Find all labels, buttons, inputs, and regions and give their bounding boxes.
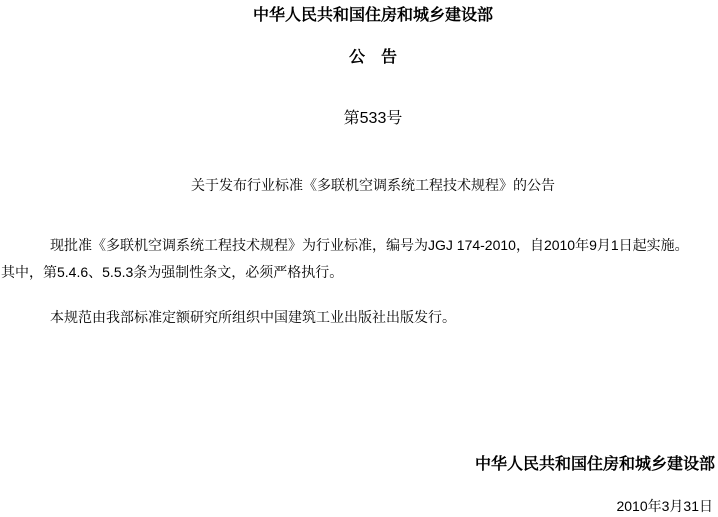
announcement-document-page: 中华人民共和国住房和城乡建设部 公 告 第533号 关于发布行业标准《多联机空调… xyxy=(0,0,718,517)
subject-line: 关于发布行业标准《多联机空调系统工程技术规程》的公告 xyxy=(28,176,718,194)
body-paragraph-approval: 现批准《多联机空调系统工程技术规程》为行业标准，编号为JGJ 174-2010，… xyxy=(1,232,698,286)
body-paragraph-publication: 本规范由我部标准定额研究所组织中国建筑工业出版社出版发行。 xyxy=(1,304,698,331)
issue-date: 2010年3月31日 xyxy=(616,497,713,515)
announcement-heading: 公 告 xyxy=(28,48,718,68)
announcement-number: 第533号 xyxy=(28,109,718,129)
issuer-signature: 中华人民共和国住房和城乡建设部 xyxy=(475,455,715,475)
ministry-title: 中华人民共和国住房和城乡建设部 xyxy=(28,6,718,26)
